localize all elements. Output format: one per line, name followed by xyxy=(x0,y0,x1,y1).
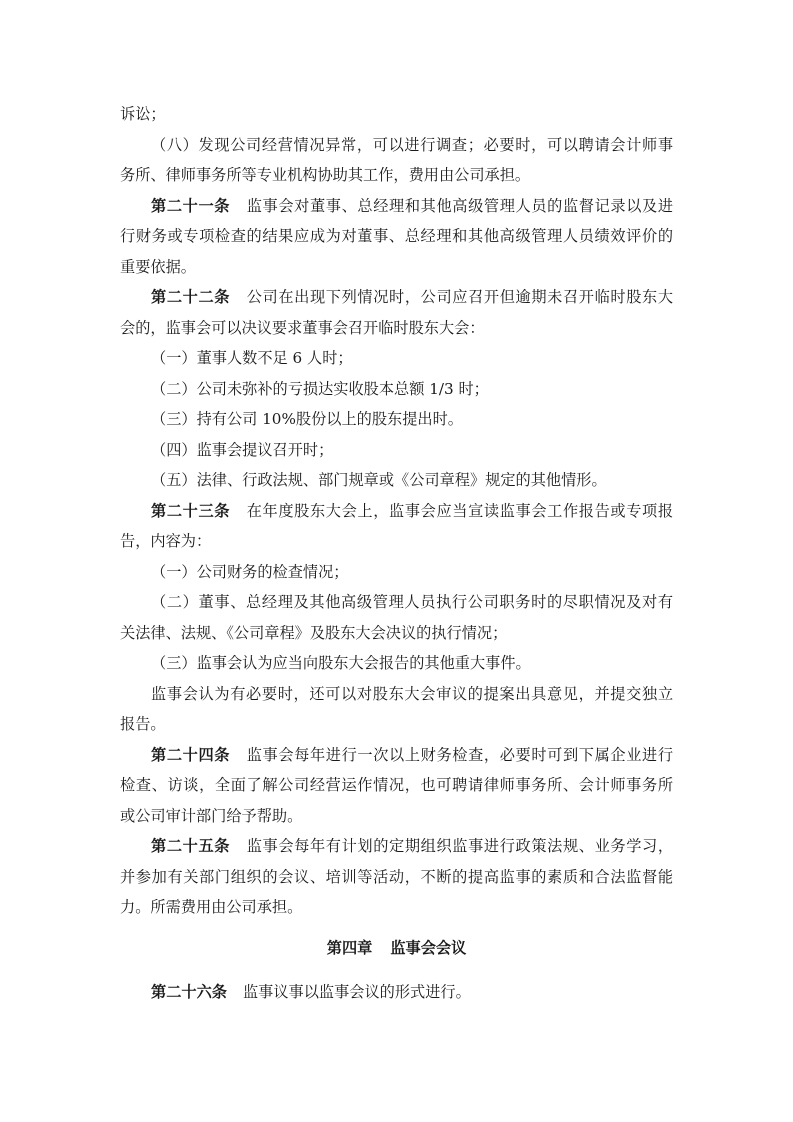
article-23-extra-1: 监事会认为有必要时，还可以对股东大会审议的提案出具意见，并提交独立 xyxy=(120,679,673,710)
item-8-line-2: 务所、律师事务所等专业机构协助其工作，费用由公司承担。 xyxy=(120,160,673,191)
article-23-item-1: （一）公司财务的检查情况； xyxy=(120,557,673,588)
article-26-first-line: 第二十六条监事议事以监事会议的形式进行。 xyxy=(120,977,673,1008)
chapter-number: 第四章 xyxy=(327,939,373,957)
article-24-line-2: 检查、访谈，全面了解公司经营运作情况，也可聘请律师事务所、会计师事务所 xyxy=(120,770,673,801)
article-23-item-2-cont: 关法律、法规、《公司章程》及股东大会决议的执行情况； xyxy=(120,618,673,649)
article-25-number: 第二十五条 xyxy=(151,837,230,855)
article-21-line-2: 行财务或专项检查的结果应成为对董事、总经理和其他高级管理人员绩效评价的 xyxy=(120,221,673,252)
article-24-line-3: 或公司审计部门给予帮助。 xyxy=(120,801,673,832)
chapter-heading: 第四章监事会会议 xyxy=(120,933,673,963)
article-23-number: 第二十三条 xyxy=(151,502,230,520)
article-22-item-4: （四）监事会提议召开时； xyxy=(120,435,673,466)
article-23-item-3: （三）监事会认为应当向股东大会报告的其他重大事件。 xyxy=(120,648,673,679)
article-22-item-3: （三）持有公司 10%股份以上的股东提出时。 xyxy=(120,404,673,435)
article-23-item-2: （二）董事、总经理及其他高级管理人员执行公司职务时的尽职情况及对有 xyxy=(120,587,673,618)
article-23-extra-2: 报告。 xyxy=(120,709,673,740)
item-8-line-1: （八）发现公司经营情况异常，可以进行调查；必要时，可以聘请会计师事 xyxy=(120,130,673,161)
article-25-line-3: 力。所需费用由公司承担。 xyxy=(120,892,673,923)
document-page: 诉讼； （八）发现公司经营情况异常，可以进行调查；必要时，可以聘请会计师事 务所… xyxy=(120,99,673,1007)
article-23-line-2: 告，内容为： xyxy=(120,526,673,557)
article-22-item-1: （一）董事人数不足 6 人时； xyxy=(120,343,673,374)
article-22-item-2: （二）公司未弥补的亏损达实收股本总额 1/3 时； xyxy=(120,374,673,405)
article-22-number: 第二十二条 xyxy=(151,288,230,306)
article-25-line-2: 并参加有关部门组织的会议、培训等活动，不断的提高监事的素质和合法监督能 xyxy=(120,862,673,893)
article-22-first-line: 第二十二条公司在出现下列情况时，公司应召开但逾期未召开临时股东大 xyxy=(120,282,673,313)
article-24-number: 第二十四条 xyxy=(151,746,230,764)
paragraph-continuation: 诉讼； xyxy=(120,99,673,130)
chapter-title: 监事会会议 xyxy=(390,939,466,957)
article-25-first-line: 第二十五条监事会每年有计划的定期组织监事进行政策法规、业务学习， xyxy=(120,831,673,862)
article-21-first-line: 第二十一条监事会对董事、总经理和其他高级管理人员的监督记录以及进 xyxy=(120,191,673,222)
article-24-first-line: 第二十四条监事会每年进行一次以上财务检查，必要时可到下属企业进行 xyxy=(120,740,673,771)
article-23-first-line: 第二十三条在年度股东大会上，监事会应当宣读监事会工作报告或专项报 xyxy=(120,496,673,527)
article-21-number: 第二十一条 xyxy=(151,197,230,215)
article-22-line-2: 会的，监事会可以决议要求董事会召开临时股东大会： xyxy=(120,313,673,344)
article-21-line-3: 重要依据。 xyxy=(120,252,673,283)
article-26-number: 第二十六条 xyxy=(151,983,227,1001)
article-22-item-5: （五）法律、行政法规、部门规章或《公司章程》规定的其他情形。 xyxy=(120,465,673,496)
